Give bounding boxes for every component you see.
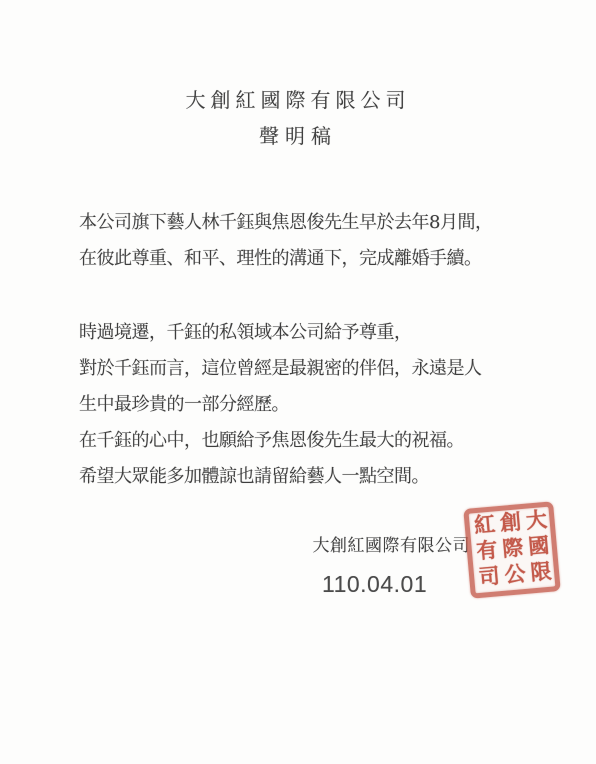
- text-line: 生中最珍貴的一部分經歷。: [79, 387, 556, 423]
- text-line: 在千鈺的心中，也願給予焦恩俊先生最大的祝福。: [79, 423, 556, 459]
- text-line: 對於千鈺而言，這位曾經是最親密的伴侶，永遠是人: [79, 351, 556, 387]
- statement-body: 本公司旗下藝人林千鈺與焦恩俊先生早於去年8月間， 在彼此尊重、和平、理性的溝通下…: [79, 205, 556, 495]
- text-line: 時過境遷，千鈺的私領域本公司給予尊重，: [79, 315, 556, 351]
- company-name-title: 大創紅國際有限公司: [0, 84, 596, 113]
- text-line: 希望大眾能多加體諒也請留給藝人一點空間。: [79, 459, 556, 495]
- paragraph-2: 時過境遷，千鈺的私領域本公司給予尊重， 對於千鈺而言，這位曾經是最親密的伴侶，永…: [79, 315, 556, 495]
- company-signature: 大創紅國際有限公司: [0, 531, 470, 556]
- paragraph-1: 本公司旗下藝人林千鈺與焦恩俊先生早於去年8月間， 在彼此尊重、和平、理性的溝通下…: [79, 205, 556, 277]
- text-line: 本公司旗下藝人林千鈺與焦恩俊先生早於去年8月間，: [79, 205, 556, 241]
- seal-column-left: 限公司: [474, 560, 554, 593]
- company-seal-stamp: 大創紅 國際有 限公司: [463, 501, 561, 599]
- statement-page: 大創紅國際有限公司 聲明稿 本公司旗下藝人林千鈺與焦恩俊先生早於去年8月間， 在…: [0, 0, 596, 764]
- statement-date: 110.04.01: [322, 571, 427, 598]
- text-line: 在彼此尊重、和平、理性的溝通下，完成離婚手續。: [79, 241, 556, 277]
- document-type-subtitle: 聲明稿: [0, 120, 596, 149]
